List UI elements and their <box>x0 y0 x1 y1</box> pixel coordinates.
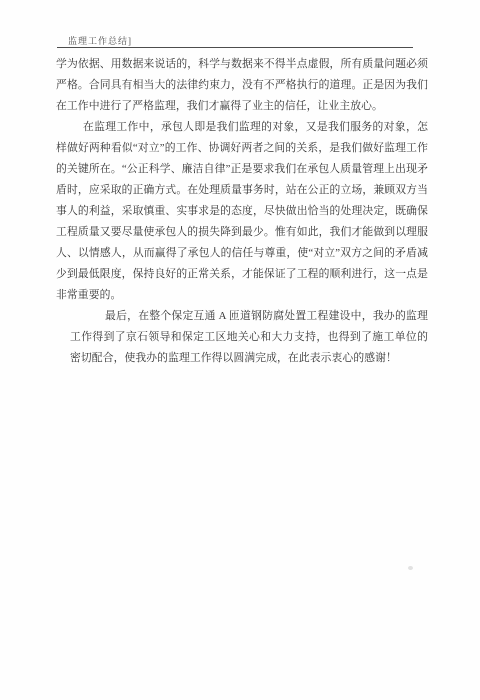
document-page: 监理工作总结] 学为依据、用数据来说话的，科学与数据来不得半点虚假，所有质量问题… <box>0 0 480 700</box>
paragraph-supervision-relationship: 在监理工作中，承包人即是我们监理的对象，又是我们服务的对象，怎样做好两种看似“对… <box>56 117 428 306</box>
scan-artifact-speck <box>408 566 413 570</box>
document-body-text: 学为依据、用数据来说话的，科学与数据来不得半点虚假，所有质量问题必须严格。合同具… <box>56 54 428 369</box>
header-title: 监理工作总结] <box>57 34 132 48</box>
paragraph-closing-thanks: 最后，在整个保定互通 A 匝道钢防腐处置工程建设中，我办的监理工作得到了京石领导… <box>70 306 428 369</box>
page-header: 监理工作总结] <box>57 31 413 48</box>
paragraph-continuation: 学为依据、用数据来说话的，科学与数据来不得半点虚假，所有质量问题必须严格。合同具… <box>56 54 428 117</box>
